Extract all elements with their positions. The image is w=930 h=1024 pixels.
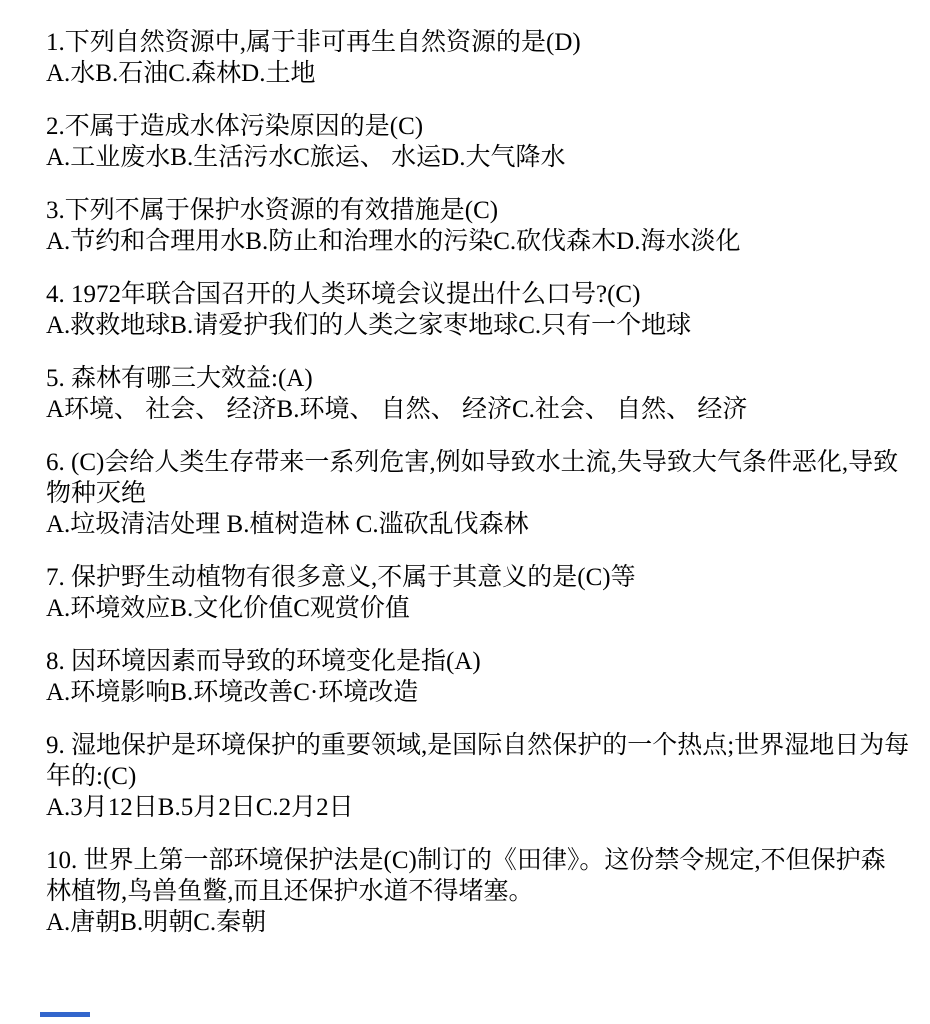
question-6-stem-line-1: 6. (C)会给人类生存带来一系列危害,例如导致水土流,失导致大气条件恶化,导致 [46,447,892,478]
question-7-stem: 7. 保护野生动植物有很多意义,不属于其意义的是(C)等 [46,562,892,593]
question-10-stem-line-2: 林植物,鸟兽鱼鳖,而且还保护水道不得堵塞。 [46,876,892,907]
question-3: 3.下列不属于保护水资源的有效措施是(C) A.节约和合理用水B.防止和治理水的… [46,195,892,257]
question-3-stem: 3.下列不属于保护水资源的有效措施是(C) [46,195,892,226]
question-1-stem: 1.下列自然资源中,属于非可再生自然资源的是(D) [46,27,892,58]
question-9: 9. 湿地保护是环境保护的重要领域,是国际自然保护的一个热点;世界湿地日为每 年… [46,730,892,823]
question-10: 10. 世界上第一部环境保护法是(C)制订的《田律》。这份禁令规定,不但保护森 … [46,845,892,938]
question-9-stem-line-2: 年的:(C) [46,761,892,792]
question-5: 5. 森林有哪三大效益:(A) A环境、 社会、 经济B.环境、 自然、 经济C… [46,363,892,425]
question-9-stem-line-1: 9. 湿地保护是环境保护的重要领域,是国际自然保护的一个热点;世界湿地日为每 [46,730,892,761]
question-7: 7. 保护野生动植物有很多意义,不属于其意义的是(C)等 A.环境效应B.文化价… [46,562,892,624]
question-3-options: A.节约和合理用水B.防止和治理水的污染C.砍伐森木D.海水淡化 [46,226,892,257]
quiz-document: 1.下列自然资源中,属于非可再生自然资源的是(D) A.水B.石油C.森林D.土… [0,0,930,938]
question-8: 8. 因环境因素而导致的环境变化是指(A) A.环境影响B.环境改善C·环境改造 [46,646,892,708]
question-9-options: A.3月12日B.5月2日C.2月2日 [46,792,892,823]
question-1: 1.下列自然资源中,属于非可再生自然资源的是(D) A.水B.石油C.森林D.土… [46,27,892,89]
question-2-options: A.工业废水B.生活污水C旅运、 水运D.大气降水 [46,142,892,173]
question-2: 2.不属于造成水体污染原因的是(C) A.工业废水B.生活污水C旅运、 水运D.… [46,111,892,173]
question-8-stem: 8. 因环境因素而导致的环境变化是指(A) [46,646,892,677]
question-2-stem: 2.不属于造成水体污染原因的是(C) [46,111,892,142]
question-1-options: A.水B.石油C.森林D.土地 [46,58,892,89]
question-10-stem-line-1: 10. 世界上第一部环境保护法是(C)制订的《田律》。这份禁令规定,不但保护森 [46,845,892,876]
question-5-stem: 5. 森林有哪三大效益:(A) [46,363,892,394]
question-8-options: A.环境影响B.环境改善C·环境改造 [46,677,892,708]
question-4: 4. 1972年联合国召开的人类环境会议提出什么口号?(C) A.救救地球B.请… [46,279,892,341]
question-6-stem-line-2: 物种灭绝 [46,478,892,509]
question-6: 6. (C)会给人类生存带来一系列危害,例如导致水土流,失导致大气条件恶化,导致… [46,447,892,540]
bottom-left-blue-mark [40,1012,90,1017]
question-7-options: A.环境效应B.文化价值C观赏价值 [46,593,892,624]
question-4-stem: 4. 1972年联合国召开的人类环境会议提出什么口号?(C) [46,279,892,310]
question-6-options: A.垃圾清洁处理 B.植树造林 C.滥砍乱伐森林 [46,509,892,540]
question-4-options: A.救救地球B.请爱护我们的人类之家枣地球C.只有一个地球 [46,310,892,341]
question-10-options: A.唐朝B.明朝C.秦朝 [46,907,892,938]
question-5-options: A环境、 社会、 经济B.环境、 自然、 经济C.社会、 自然、 经济 [46,394,892,425]
